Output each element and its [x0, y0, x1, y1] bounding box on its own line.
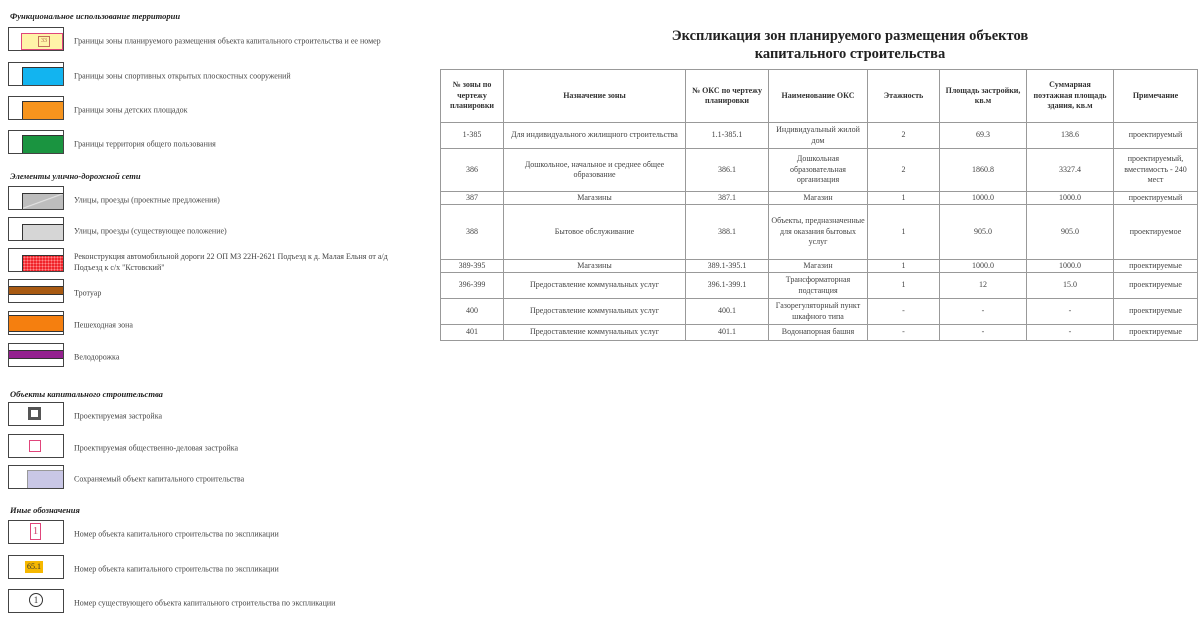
table-row: 388Бытовое обслуживание388.1Объекты, пре… — [441, 205, 1198, 260]
cell-building-area: 12 — [940, 273, 1027, 299]
planned-business-building-swatch — [8, 434, 64, 458]
road-reconstruction-swatch — [8, 248, 64, 272]
cell-zone-number: 387 — [441, 192, 504, 205]
cell-total-floor-area: - — [1027, 299, 1114, 325]
cell-note: проектируемый — [1114, 192, 1198, 205]
object-number-badge: 1 — [30, 523, 41, 540]
preserved-building-swatch — [8, 465, 64, 489]
header-floors: Этажность — [868, 70, 940, 123]
cell-note: проектируемый — [1114, 123, 1198, 149]
cell-total-floor-area: - — [1027, 325, 1114, 341]
table-header-row: № зоны по чертежу планировки Назначение … — [441, 70, 1198, 123]
cell-zone-purpose: Магазины — [504, 260, 686, 273]
cell-oks-number: 1.1-385.1 — [686, 123, 769, 149]
cell-oks-number: 388.1 — [686, 205, 769, 260]
table-row: 386Дошкольное, начальное и среднее общее… — [441, 149, 1198, 192]
cell-building-area: 1000.0 — [940, 192, 1027, 205]
cell-zone-purpose: Дошкольное, начальное и среднее общее об… — [504, 149, 686, 192]
playground-zone-swatch — [8, 96, 64, 120]
cell-zone-number: 400 — [441, 299, 504, 325]
legend-label: Номер объекта капитального строительства… — [74, 529, 414, 540]
table-title: Экспликация зон планируемого размещения … — [600, 27, 1100, 63]
legend-label: Реконструкция автомобильной дороги 22 ОП… — [74, 251, 414, 273]
header-note: Примечание — [1114, 70, 1198, 123]
table-row: 389-395Магазины389.1-395.1Магазин11000.0… — [441, 260, 1198, 273]
cell-total-floor-area: 1000.0 — [1027, 260, 1114, 273]
legend-item-public-territory: Границы территория общего пользования — [8, 130, 428, 158]
legend-label: Велодорожка — [74, 352, 414, 363]
legend-label: Проектируемая застройка — [74, 411, 414, 422]
legend-section-title: Функциональное использование территории — [10, 11, 180, 21]
legend-item-object-number-highlight: 65.1 Номер объекта капитального строител… — [8, 555, 428, 583]
legend-section-title: Элементы улично-дорожной сети — [10, 171, 141, 181]
cell-zone-number: 386 — [441, 149, 504, 192]
cell-note: проектируемое — [1114, 205, 1198, 260]
planned-building-swatch — [8, 402, 64, 426]
cell-oks-name: Газорегуляторный пункт шкафного типа — [769, 299, 868, 325]
object-number-swatch: 1 — [8, 520, 64, 544]
pedestrian-zone-swatch — [8, 311, 64, 335]
legend-item-playground-zone: Границы зоны детских площадок — [8, 96, 428, 124]
cell-floors: 2 — [868, 123, 940, 149]
cell-total-floor-area: 905.0 — [1027, 205, 1114, 260]
cell-oks-number: 386.1 — [686, 149, 769, 192]
cell-oks-name: Магазин — [769, 260, 868, 273]
legend-section-title: Объекты капитального строительства — [10, 389, 163, 399]
cell-floors: - — [868, 299, 940, 325]
legend-item-streets-existing: Улицы, проезды (существующее положение) — [8, 217, 428, 245]
legend-item-sports-zone: Границы зоны спортивных открытых плоскос… — [8, 62, 428, 90]
cell-oks-name: Индивидуальный жилой дом — [769, 123, 868, 149]
table-row: 387Магазины387.1Магазин11000.01000.0прое… — [441, 192, 1198, 205]
cell-zone-purpose: Предоставление коммунальных услуг — [504, 299, 686, 325]
cell-floors: 1 — [868, 192, 940, 205]
explication-table: № зоны по чертежу планировки Назначение … — [440, 69, 1198, 341]
legend-section-title: Иные обозначения — [10, 505, 80, 515]
legend-label: Тротуар — [74, 288, 414, 299]
bike-path-swatch — [8, 343, 64, 367]
legend-label: Пешеходная зона — [74, 320, 414, 331]
zone-number-swatch: 33 — [8, 27, 64, 51]
cell-total-floor-area: 3327.4 — [1027, 149, 1114, 192]
cell-oks-number: 389.1-395.1 — [686, 260, 769, 273]
cell-oks-number: 401.1 — [686, 325, 769, 341]
public-territory-swatch — [8, 130, 64, 154]
legend-item-road-reconstruction: Реконструкция автомобильной дороги 22 ОП… — [8, 248, 428, 276]
legend-label: Проектируемая общественно-деловая застро… — [74, 443, 414, 454]
legend-label: Границы зоны спортивных открытых плоскос… — [74, 71, 414, 82]
header-oks-number: № ОКС по чертежу планировки — [686, 70, 769, 123]
header-zone-number: № зоны по чертежу планировки — [441, 70, 504, 123]
table-row: 396-399Предоставление коммунальных услуг… — [441, 273, 1198, 299]
cell-building-area: 1000.0 — [940, 260, 1027, 273]
cell-note: проектируемые — [1114, 273, 1198, 299]
cell-building-area: 69.3 — [940, 123, 1027, 149]
cell-zone-purpose: Предоставление коммунальных услуг — [504, 273, 686, 299]
cell-note: проектируемый, вместимость - 240 мест — [1114, 149, 1198, 192]
cell-floors: 1 — [868, 205, 940, 260]
legend-item-planned-business-building: Проектируемая общественно-деловая застро… — [8, 434, 428, 462]
sports-zone-swatch — [8, 62, 64, 86]
cell-total-floor-area: 15.0 — [1027, 273, 1114, 299]
cell-oks-name: Дошкольная образовательная организация — [769, 149, 868, 192]
cell-floors: 2 — [868, 149, 940, 192]
legend-item-existing-object-number: 1 Номер существующего объекта капитально… — [8, 589, 428, 617]
legend-label: Номер существующего объекта капитального… — [74, 598, 414, 609]
cell-building-area: 1860.8 — [940, 149, 1027, 192]
table-row: 400Предоставление коммунальных услуг400.… — [441, 299, 1198, 325]
cell-note: проектируемые — [1114, 260, 1198, 273]
cell-zone-number: 396-399 — [441, 273, 504, 299]
legend-label: Сохраняемый объект капитального строител… — [74, 474, 414, 485]
cell-oks-name: Водонапорная башня — [769, 325, 868, 341]
table-title-line-1: Экспликация зон планируемого размещения … — [600, 27, 1100, 45]
table-row: 1-385Для индивидуального жилищного строи… — [441, 123, 1198, 149]
object-number-highlight-badge: 65.1 — [25, 561, 43, 573]
cell-oks-number: 387.1 — [686, 192, 769, 205]
legend-label: Улицы, проезды (существующее положение) — [74, 226, 414, 237]
table-body: 1-385Для индивидуального жилищного строи… — [441, 123, 1198, 341]
legend-item-object-number: 1 Номер объекта капитального строительст… — [8, 520, 428, 548]
header-oks-name: Наименование ОКС — [769, 70, 868, 123]
legend-item-zone-boundary: 33 Границы зоны планируемого размещения … — [8, 27, 428, 55]
cell-total-floor-area: 1000.0 — [1027, 192, 1114, 205]
legend-item-streets-proposed: Улицы, проезды (проектные предложения) — [8, 186, 428, 214]
legend-label: Номер объекта капитального строительства… — [74, 564, 414, 575]
cell-zone-number: 401 — [441, 325, 504, 341]
header-building-area: Площадь застройки, кв.м — [940, 70, 1027, 123]
streets-proposed-swatch — [8, 186, 64, 210]
cell-oks-number: 400.1 — [686, 299, 769, 325]
cell-total-floor-area: 138.6 — [1027, 123, 1114, 149]
object-number-highlight-swatch: 65.1 — [8, 555, 64, 579]
sidewalk-swatch — [8, 279, 64, 303]
cell-floors: 1 — [868, 260, 940, 273]
table-title-line-2: капитального строительства — [600, 45, 1100, 63]
legend-label: Улицы, проезды (проектные предложения) — [74, 195, 414, 206]
cell-zone-purpose: Магазины — [504, 192, 686, 205]
legend-item-preserved-building: Сохраняемый объект капитального строител… — [8, 465, 428, 493]
legend-item-pedestrian-zone: Пешеходная зона — [8, 311, 428, 339]
header-total-floor-area: Суммарная поэтажная площадь здания, кв.м — [1027, 70, 1114, 123]
cell-building-area: - — [940, 299, 1027, 325]
legend-label: Границы территория общего пользования — [74, 139, 414, 150]
cell-zone-number: 1-385 — [441, 123, 504, 149]
cell-oks-name: Объекты, предназначенные для оказания бы… — [769, 205, 868, 260]
cell-building-area: - — [940, 325, 1027, 341]
cell-note: проектируемые — [1114, 325, 1198, 341]
cell-zone-purpose: Бытовое обслуживание — [504, 205, 686, 260]
cell-floors: 1 — [868, 273, 940, 299]
cell-zone-purpose: Предоставление коммунальных услуг — [504, 325, 686, 341]
cell-zone-number: 388 — [441, 205, 504, 260]
table-row: 401Предоставление коммунальных услуг401.… — [441, 325, 1198, 341]
legend: Функциональное использование территории … — [0, 0, 430, 633]
legend-label: Границы зоны планируемого размещения объ… — [74, 36, 414, 47]
streets-existing-swatch — [8, 217, 64, 241]
cell-oks-number: 396.1-399.1 — [686, 273, 769, 299]
cell-zone-number: 389-395 — [441, 260, 504, 273]
cell-note: проектируемые — [1114, 299, 1198, 325]
zone-number-badge: 33 — [38, 36, 50, 47]
cell-building-area: 905.0 — [940, 205, 1027, 260]
legend-item-bike-path: Велодорожка — [8, 343, 428, 371]
existing-object-number-swatch: 1 — [8, 589, 64, 613]
cell-floors: - — [868, 325, 940, 341]
cell-zone-purpose: Для индивидуального жилищного строительс… — [504, 123, 686, 149]
cell-oks-name: Магазин — [769, 192, 868, 205]
legend-item-sidewalk: Тротуар — [8, 279, 428, 307]
header-zone-purpose: Назначение зоны — [504, 70, 686, 123]
cell-oks-name: Трансформаторная подстанция — [769, 273, 868, 299]
legend-item-planned-building: Проектируемая застройка — [8, 402, 428, 430]
legend-label: Границы зоны детских площадок — [74, 105, 414, 116]
circled-number-icon: 1 — [29, 593, 43, 607]
